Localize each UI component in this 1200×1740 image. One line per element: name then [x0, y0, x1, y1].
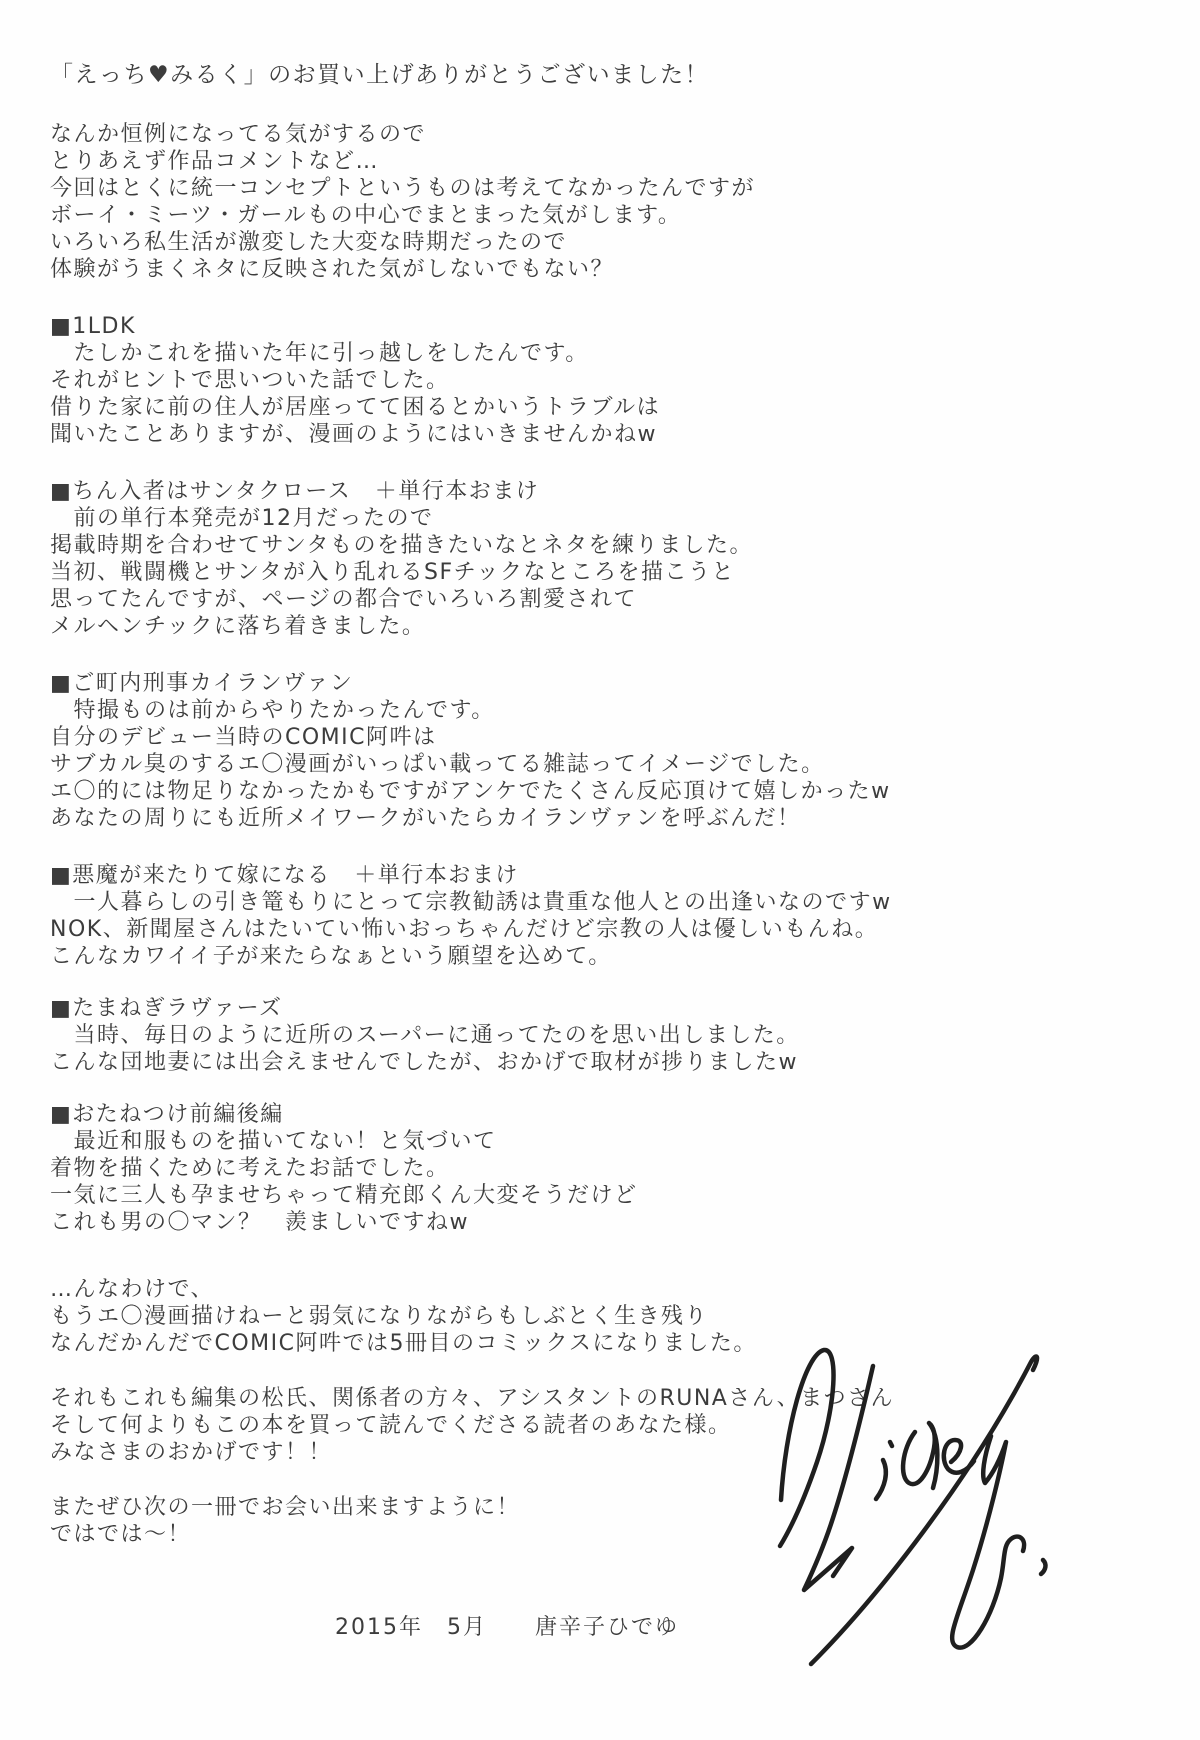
section-tamanegi: ■たまねぎラヴァーズ 当時、毎日のように近所のスーパーに通ってたのを思い出しまし…: [50, 995, 1160, 1076]
text-line: とりあえず作品コメントなど…: [50, 148, 1160, 175]
text-line: 最近和服ものを描いてない！と気づいて: [50, 1128, 1160, 1155]
section-heading: ■ちん入者はサンタクロース ＋単行本おまけ: [50, 478, 1160, 505]
text-line: たしかこれを描いた年に引っ越しをしたんです。: [50, 340, 1160, 367]
text-line: 当初、戦闘機とサンタが入り乱れるSFチックなところを描こうと: [50, 559, 1160, 586]
text-line: ボーイ・ミーツ・ガールもの中心でまとまった気がします。: [50, 202, 1160, 229]
text-line: エ〇的には物足りなかったかもですがアンケでたくさん反応頂けて嬉しかったw: [50, 778, 1160, 805]
text-line: 一気に三人も孕ませちゃって精充郎くん大変そうだけど: [50, 1182, 1160, 1209]
section-heading: ■おたねつけ前編後編: [50, 1101, 1160, 1128]
text-line: 思ってたんですが、ページの都合でいろいろ割愛されて: [50, 586, 1160, 613]
text-line: 体験がうまくネタに反映された気がしないでもない？: [50, 256, 1160, 283]
text-line: 今回はとくに統一コンセプトというものは考えてなかったんですが: [50, 175, 1160, 202]
text-line: サブカル臭のするエ〇漫画がいっぱい載ってる雑誌ってイメージでした。: [50, 751, 1160, 778]
text-line: あなたの周りにも近所メイワークがいたらカイランヴァンを呼ぶんだ！: [50, 805, 1160, 832]
section-heading: ■1LDK: [50, 313, 1160, 340]
afterword-page: 「えっち♥みるく」のお買い上げありがとうございました！ なんか恒例になってる気が…: [0, 0, 1200, 1740]
text-line: こんな団地妻には出会えませんでしたが、おかげで取材が捗りましたw: [50, 1049, 1160, 1076]
section-heading: ■ご町内刑事カイランヴァン: [50, 670, 1160, 697]
section-otanetsuke: ■おたねつけ前編後編 最近和服ものを描いてない！と気づいて 着物を描くために考え…: [50, 1101, 1160, 1236]
section-heading: ■悪魔が来たりて嫁になる ＋単行本おまけ: [50, 862, 1160, 889]
text-line: 自分のデビュー当時のCOMIC阿吽は: [50, 724, 1160, 751]
section-1ldk: ■1LDK たしかこれを描いた年に引っ越しをしたんです。 それがヒントで思いつい…: [50, 313, 1160, 448]
text-line: 一人暮らしの引き篭もりにとって宗教勧誘は貴重な他人との出逢いなのですw: [50, 889, 1160, 916]
section-kairanvan: ■ご町内刑事カイランヴァン 特撮ものは前からやりたかったんです。 自分のデビュー…: [50, 670, 1160, 832]
text-line: こんなカワイイ子が来たらなぁという願望を込めて。: [50, 943, 1160, 970]
author-signature: [705, 1305, 1065, 1695]
section-heading: ■たまねぎラヴァーズ: [50, 995, 1160, 1022]
text-line: それがヒントで思いついた話でした。: [50, 367, 1160, 394]
section-akuma: ■悪魔が来たりて嫁になる ＋単行本おまけ 一人暮らしの引き篭もりにとって宗教勧誘…: [50, 862, 1160, 970]
text-line: …んなわけで、: [50, 1276, 1160, 1303]
section-santa: ■ちん入者はサンタクロース ＋単行本おまけ 前の単行本発売が12月だったので 掲…: [50, 478, 1160, 640]
text-line: 借りた家に前の住人が居座ってて困るとかいうトラブルは: [50, 394, 1160, 421]
text-line: 当時、毎日のように近所のスーパーに通ってたのを思い出しました。: [50, 1022, 1160, 1049]
page-title: 「えっち♥みるく」のお買い上げありがとうございました！: [50, 62, 1160, 89]
signature-hideyu-drawing: [705, 1305, 1065, 1695]
text-line: メルヘンチックに落ち着きました。: [50, 613, 1160, 640]
text-line: NOK、新聞屋さんはたいてい怖いおっちゃんだけど宗教の人は優しいもんね。: [50, 916, 1160, 943]
text-line: 掲載時期を合わせてサンタものを描きたいなとネタを練りました。: [50, 532, 1160, 559]
text-line: これも男の〇マン？ 羨ましいですねw: [50, 1209, 1160, 1236]
intro-paragraph: なんか恒例になってる気がするので とりあえず作品コメントなど… 今回はとくに統一…: [50, 121, 1160, 283]
text-line: なんか恒例になってる気がするので: [50, 121, 1160, 148]
text-line: 着物を描くために考えたお話でした。: [50, 1155, 1160, 1182]
text-line: いろいろ私生活が激変した大変な時期だったので: [50, 229, 1160, 256]
text-line: 前の単行本発売が12月だったので: [50, 505, 1160, 532]
text-line: 聞いたことありますが、漫画のようにはいきませんかねw: [50, 421, 1160, 448]
text-line: 特撮ものは前からやりたかったんです。: [50, 697, 1160, 724]
